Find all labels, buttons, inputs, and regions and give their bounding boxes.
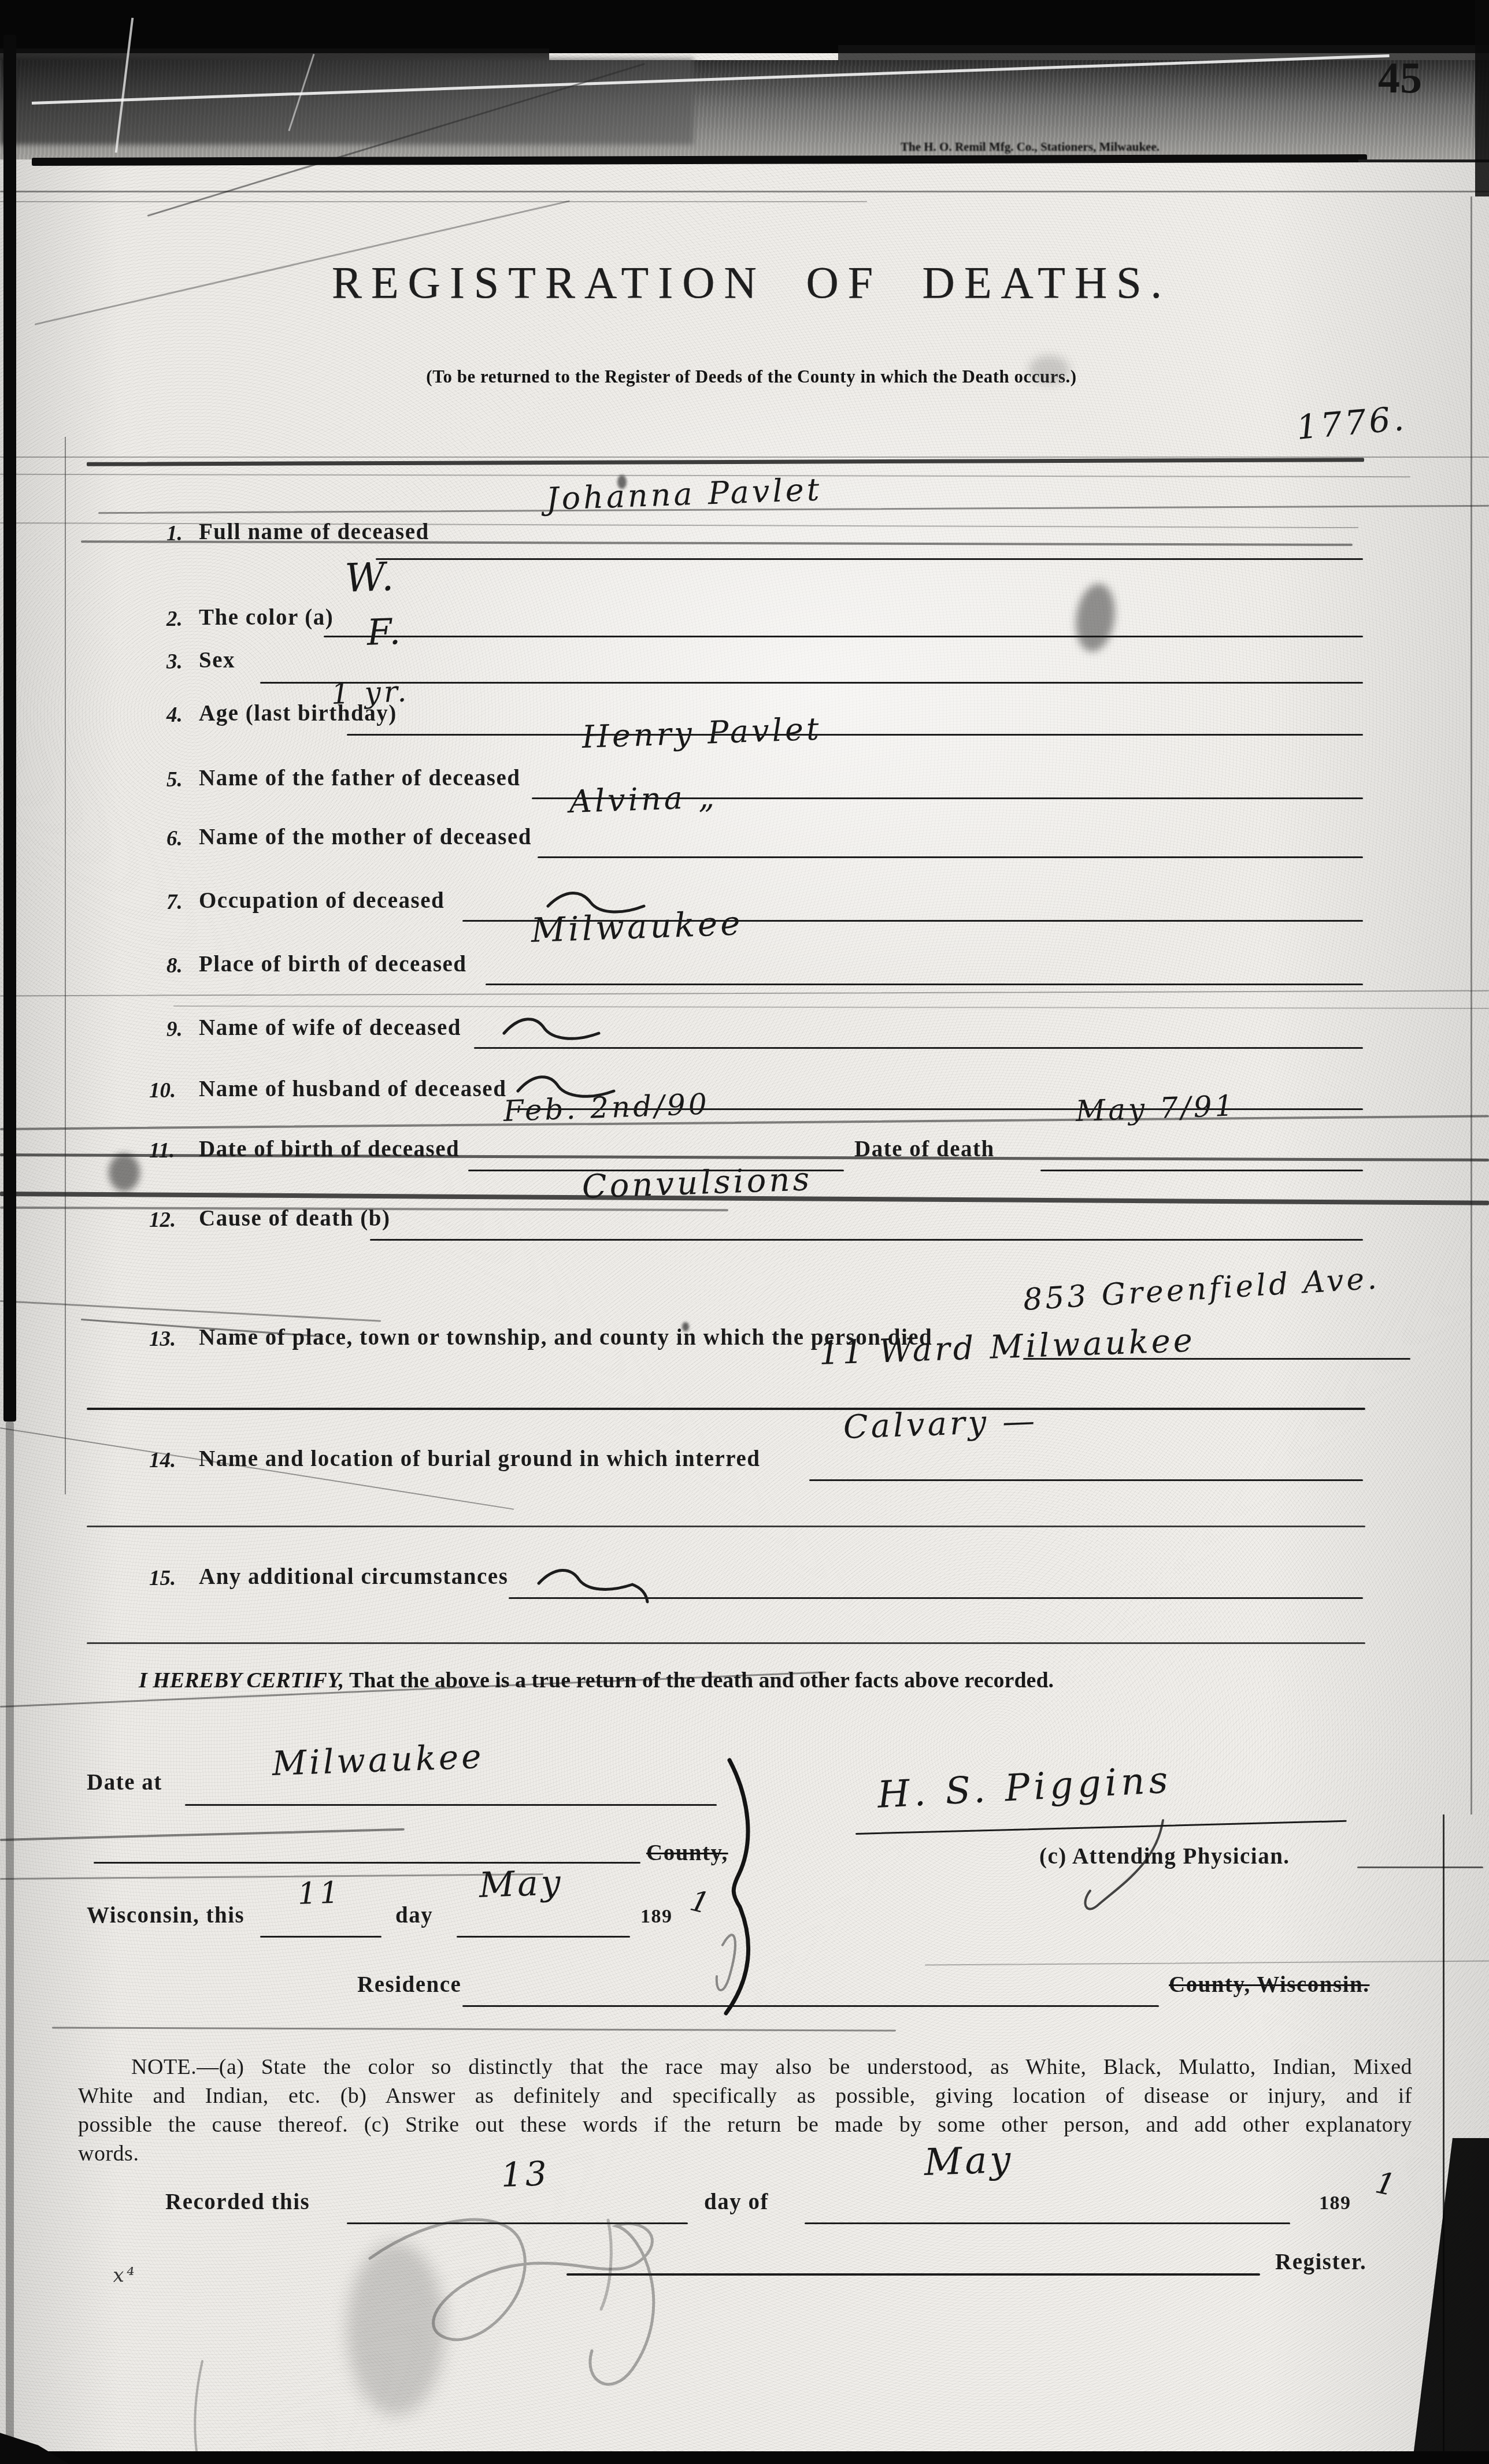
right-edge-dark xyxy=(1475,0,1489,196)
register-signature-stroke xyxy=(601,2220,611,2309)
death-registration-form-scan: 45 The H. O. Remil Mfg. Co., Stationers,… xyxy=(0,0,1489,2464)
field-15-blank-flourish xyxy=(539,1570,647,1602)
right-edge-line xyxy=(1471,196,1472,1814)
left-binding-bar-faint xyxy=(6,1422,14,2450)
pencil-stroke xyxy=(195,2361,202,2451)
brace-tail-flourish xyxy=(717,1935,735,1990)
left-binding-bar xyxy=(3,35,16,1422)
field-7-blank-flourish xyxy=(548,893,644,912)
signature-descender-stroke xyxy=(1085,1820,1163,1909)
field-9-blank-flourish xyxy=(504,1019,599,1039)
handwriting-flourish-layer xyxy=(0,0,1489,2464)
left-margin-rule xyxy=(65,437,66,1494)
bottom-scan-strip xyxy=(0,2451,1489,2464)
field-10-blank-flourish xyxy=(518,1077,614,1097)
